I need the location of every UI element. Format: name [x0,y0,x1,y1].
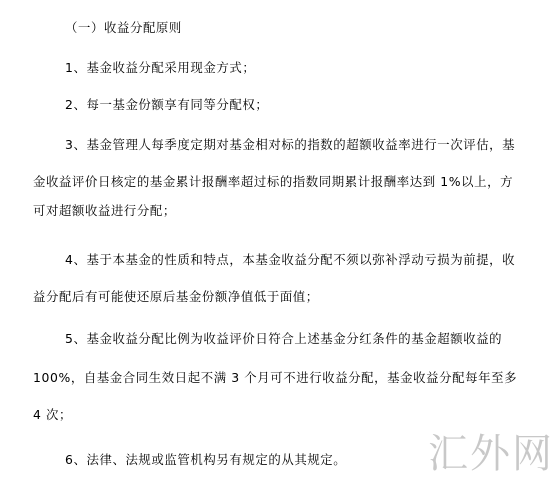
item-3-line-3: 可对超额收益进行分配； [33,204,176,218]
item-5-line-1: 5、基金收益分配比例为收益评价日符合上述基金分红条件的基金超额收益的 [65,332,502,346]
item-5-line-2: 100%，自基金合同生效日起不满 3 个月可不进行收益分配，基金收益分配每年至多 [33,371,517,385]
item-3-line-2: 金收益评价日核定的基金累计报酬率超过标的指数同期累计报酬率达到 1%以上，方 [33,175,513,189]
section-heading: （一）收益分配原则 [65,21,182,35]
item-4-line-1: 4、基于本基金的性质和特点，本基金收益分配不须以弥补浮动亏损为前提，收 [65,253,515,267]
item-6-line-1: 6、法律、法规或监管机构另有规定的从其规定。 [65,453,346,467]
item-4-line-2: 益分配后有可能使还原后基金份额净值低于面值； [33,290,319,304]
item-1-line-1: 1、基金收益分配采用现金方式； [65,61,255,75]
item-5-line-3: 4 次； [33,408,72,422]
item-3-line-1: 3、基金管理人每季度定期对基金相对标的指数的超额收益率进行一次评估，基 [65,138,515,152]
watermark-logo: 汇外网 [428,430,554,478]
item-2-line-1: 2、每一基金份额享有同等分配权； [65,98,268,112]
